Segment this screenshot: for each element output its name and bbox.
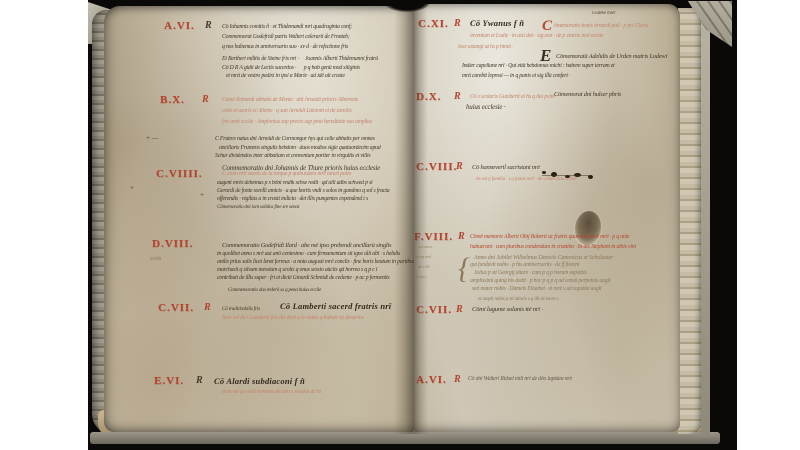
- entry-line: Et Bertheri militis de Steine fris nri ·…: [222, 56, 378, 62]
- rubric-letter: R: [454, 18, 461, 29]
- entry-line: Indier capellane nrī · Qui etiā hebdomas…: [462, 63, 615, 69]
- entry-heading: Cō Lamberti sacerd fratris nrī: [280, 301, 391, 311]
- entry-line: Julius p sti Georgij altare · cum p q p …: [474, 270, 587, 276]
- entry-line: ōmemoratio bonis brnardi pall · p pri Cl…: [554, 23, 648, 29]
- entry-line: marchasii q silvam messium q scolis q on…: [217, 267, 377, 273]
- parchment-hole: [573, 209, 603, 246]
- commemoration-line: Commemoratio das rederii ss q pena huius…: [228, 287, 321, 293]
- rubric-letter: R: [454, 91, 461, 102]
- entry-line: Cō tradichabilis fris: [222, 306, 260, 312]
- entry-line: Anno dni Jubilei Wilhelmus Daniels Canon…: [474, 254, 613, 261]
- entry-line: Cō hanneveril sacristani nrē: [472, 164, 540, 171]
- margin-letter: E.VI.: [154, 375, 184, 387]
- entry-line: qui fundavit nobis · p his anniversariis…: [470, 262, 579, 268]
- margin-cross-mark: +: [130, 184, 134, 192]
- rubric-letter: R: [205, 20, 212, 31]
- margin-cross-mark: + ―: [146, 134, 159, 142]
- entry-line: sed mater nobis · Daniels Elisabet · et …: [472, 286, 601, 292]
- side-note: Cōmemorat dni hulser pbris: [554, 91, 621, 98]
- entry-line: Cō Iohannis comitis ñ · et Thidemandi mr…: [222, 24, 352, 30]
- entry-line: in quolibet anno s nrē aut anō centesimo…: [217, 251, 400, 257]
- entry-line: Schur dividendos inter abbatiam et conve…: [215, 153, 370, 159]
- entry-line: fris anni ecclie · Amplonius sup precio …: [222, 119, 372, 125]
- entry-line: lxxx ustangi ut hs p himā ·: [458, 44, 513, 50]
- entry-line: augent mrēs debemus p s bōni vndik schse…: [217, 180, 373, 186]
- rubric-letter: R: [202, 94, 209, 105]
- entry-line: huius ecclesie ·: [466, 103, 505, 111]
- entry-line: item sol q s selli hommis de alto s soli…: [222, 389, 321, 395]
- margin-letter: A.VI.: [164, 20, 195, 32]
- entry-line: et ampli nobis p sti altaris s q illi de…: [478, 296, 558, 302]
- entry-line: Commemoratio Godefridi Ilard · abe mē ip…: [222, 242, 391, 249]
- rubric-letter: R: [454, 374, 461, 385]
- margin-letter: D.VIII.: [152, 238, 193, 250]
- entry-line: ancillaris Frumens singulis hebdom · duo…: [219, 145, 381, 151]
- entry-line: contribuit de illis super · fri et dictē…: [217, 275, 389, 281]
- entry-line: q nos habemus in anniversario suo · xv d…: [222, 44, 348, 50]
- rubric-letter: R: [456, 161, 463, 172]
- entry-line: et mrā de vestro pedixi in ipsi a Marie …: [226, 73, 345, 79]
- entry-line: C anno nrē vassio de la torque p quibusd…: [222, 171, 351, 177]
- entry-line: Cōmi lagume solanis ttē nrī ·: [472, 306, 543, 313]
- right-page: C.XI. R Cō Ywanus f ñ Godeke mier C ōmem…: [414, 4, 680, 432]
- rubric-letter: R: [458, 231, 465, 242]
- entry-line: habuerunt · cum pluribus condendum in cr…: [470, 244, 636, 250]
- margin-letter: C.VIIII.: [156, 168, 203, 180]
- entry-line: Gerardi de fonte sorelli amicis · a que …: [217, 188, 389, 194]
- margin-letter: C.VII.: [158, 302, 194, 314]
- entry-heading: Cō Ywanus f ñ: [470, 18, 524, 28]
- entry-line: Cōmē Reinardi abbatis de Monte · dni Arn…: [222, 97, 358, 103]
- entry-line: Cō D R A gidii de Lectis sacerdos · p q …: [222, 65, 360, 71]
- ink-blot: [542, 171, 546, 174]
- entry-line: amplissimi quinq his dedit · p hoc p q p…: [470, 278, 610, 284]
- entry-line: Item sol de s Lamberti fris det dicti q …: [222, 315, 364, 321]
- commemoration-line: Cōmemoratio dni ioni solidos fine sre se…: [217, 204, 299, 210]
- entry-line: Cō dni Walteri Ridsel milt nrī de dōo la…: [468, 376, 572, 382]
- entry-line: Cōmemoraiū Adelidis de Urden matris Lode…: [556, 53, 667, 60]
- left-page: A.VI. R Cō Iohannis comitis ñ · et Thide…: [104, 6, 414, 432]
- entry-line: C Fratres natus dni Arnoldi de Cormongur…: [215, 136, 375, 142]
- margin-cross-mark: +: [200, 191, 204, 199]
- margin-letter: B.X.: [160, 94, 185, 106]
- entry-heading: Cō Alardi subdiaconi f ñ: [214, 376, 305, 386]
- entry-line: mrā carebit leprosi — in q panis et sig …: [462, 73, 570, 79]
- margin-note: scola: [150, 256, 161, 262]
- entry-line: celle et uxoris ei Alienis · q sun Arnol…: [222, 108, 352, 114]
- ink-smear: [542, 175, 592, 176]
- right-board-edge: [701, 5, 710, 437]
- entry-line: ite sol p familia · s q ipsias mrē · de …: [476, 176, 577, 182]
- entry-line: inventum et Lodie · in usū dsō · sig eun…: [470, 33, 603, 39]
- rubric-letter: R: [456, 304, 463, 315]
- entry-line: offerendis · vigilias a in crasti indict…: [217, 196, 368, 202]
- bracket-flourish: {: [458, 252, 470, 286]
- rubric-letter: R: [196, 375, 203, 386]
- entry-line: Commemorat Godefridi patris Walteri cele…: [222, 34, 350, 40]
- rubric-letter: R: [204, 302, 211, 313]
- entry-line: Cō s scolaris Gumberti al hs q ilia pvim: [470, 94, 555, 100]
- entry-line: Cōmē memorie Alberti Obij Roberti ac fra…: [470, 234, 629, 240]
- added-note: Godeke mier: [592, 11, 615, 16]
- right-page-stack-edge: [678, 8, 702, 434]
- manuscript-photo: A.VI. R Cō Iohannis comitis ñ · et Thide…: [88, 0, 737, 450]
- gutter-shadow: [394, 2, 428, 434]
- entry-line: anilis prīus salis licet lenet ferreus ·…: [217, 259, 414, 265]
